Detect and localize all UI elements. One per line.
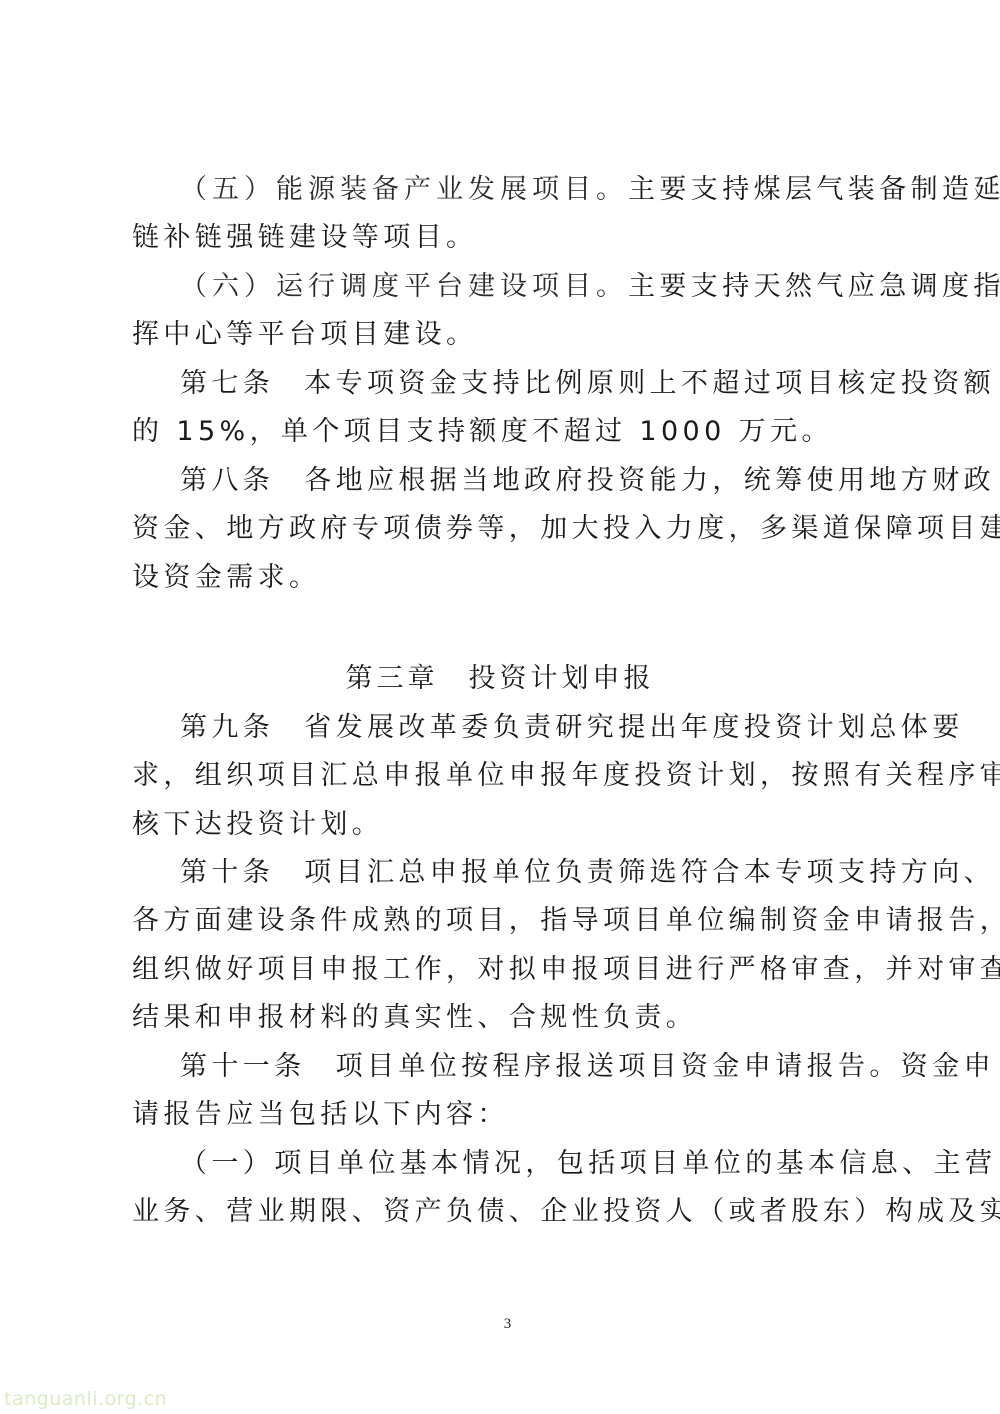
- article-9-text: 省发展改革委负责研究提出年度投资计划总体要: [304, 712, 963, 743]
- article-9-line-3: 核下达投资计划。: [132, 801, 892, 849]
- article-7-line-2: 的 15%，单个项目支持额度不超过 1000 万元。: [132, 408, 892, 456]
- item-5-line-2: 链补链强链建设等项目。: [132, 214, 892, 262]
- article-8-line-1: 第八条各地应根据当地政府投资能力，统筹使用地方财政: [180, 457, 940, 505]
- article-8-line-2: 资金、地方政府专项债券等，加大投入力度，多渠道保障项目建: [132, 505, 892, 553]
- article-8-line-3: 设资金需求。: [132, 554, 892, 602]
- article-10-line-2: 各方面建设条件成熟的项目，指导项目单位编制资金申请报告，: [132, 897, 892, 945]
- article-11-text: 项目单位按程序报送项目资金申请报告。资金申: [336, 1051, 995, 1082]
- article-9-label: 第九条: [180, 712, 274, 743]
- watermark: tanguanli.org.cn: [4, 1388, 167, 1410]
- article-11-line-2: 请报告应当包括以下内容：: [132, 1091, 892, 1139]
- page-number: 3: [0, 1316, 1000, 1333]
- document-page: （五）能源装备产业发展项目。主要支持煤层气装备制造延 链补链强链建设等项目。 （…: [0, 0, 1000, 1414]
- article-9-line-1: 第九条省发展改革委负责研究提出年度投资计划总体要: [180, 704, 940, 752]
- article-10-text: 项目汇总申报单位负责筛选符合本专项支持方向、: [304, 857, 995, 888]
- item-1-line-2: 业务、营业期限、资产负债、企业投资人（或者股东）构成及实: [132, 1188, 892, 1236]
- article-11-label: 第十一条: [180, 1051, 306, 1082]
- article-10-line-1: 第十条项目汇总申报单位负责筛选符合本专项支持方向、: [180, 849, 940, 897]
- article-8-text: 各地应根据当地政府投资能力，统筹使用地方财政: [304, 465, 995, 496]
- item-5-line-1: （五）能源装备产业发展项目。主要支持煤层气装备制造延: [180, 166, 940, 214]
- item-1-line-1: （一）项目单位基本情况，包括项目单位的基本信息、主营: [180, 1140, 940, 1188]
- article-9-line-2: 求，组织项目汇总申报单位申报年度投资计划，按照有关程序审: [132, 752, 892, 800]
- article-11-line-1: 第十一条项目单位按程序报送项目资金申请报告。资金申: [180, 1043, 940, 1091]
- item-5-text: 主要支持煤层气装备制造延: [628, 174, 1000, 205]
- article-7-text: 本专项资金支持比例原则上不超过项目核定投资额: [304, 368, 995, 399]
- article-10-line-4: 结果和申报材料的真实性、合规性负责。: [132, 994, 892, 1042]
- item-6-line-1: （六）运行调度平台建设项目。主要支持天然气应急调度指: [180, 263, 940, 311]
- article-10-line-3: 组织做好项目申报工作，对拟申报项目进行严格审查，并对审查: [132, 946, 892, 994]
- article-8-label: 第八条: [180, 465, 274, 496]
- article-10-label: 第十条: [180, 857, 274, 888]
- chapter-title: 投资计划申报: [469, 663, 655, 694]
- chapter-heading: 第三章投资计划申报: [0, 655, 1000, 703]
- item-6-line-2: 挥中心等平台项目建设。: [132, 311, 892, 359]
- article-7-line-1: 第七条本专项资金支持比例原则上不超过项目核定投资额: [180, 360, 940, 408]
- item-5-heading: （五）能源装备产业发展项目。: [180, 174, 628, 205]
- article-7-label: 第七条: [180, 368, 274, 399]
- chapter-number: 第三章: [346, 663, 439, 694]
- item-6-text: 主要支持天然气应急调度指: [628, 271, 1000, 302]
- item-6-heading: （六）运行调度平台建设项目。: [180, 271, 628, 302]
